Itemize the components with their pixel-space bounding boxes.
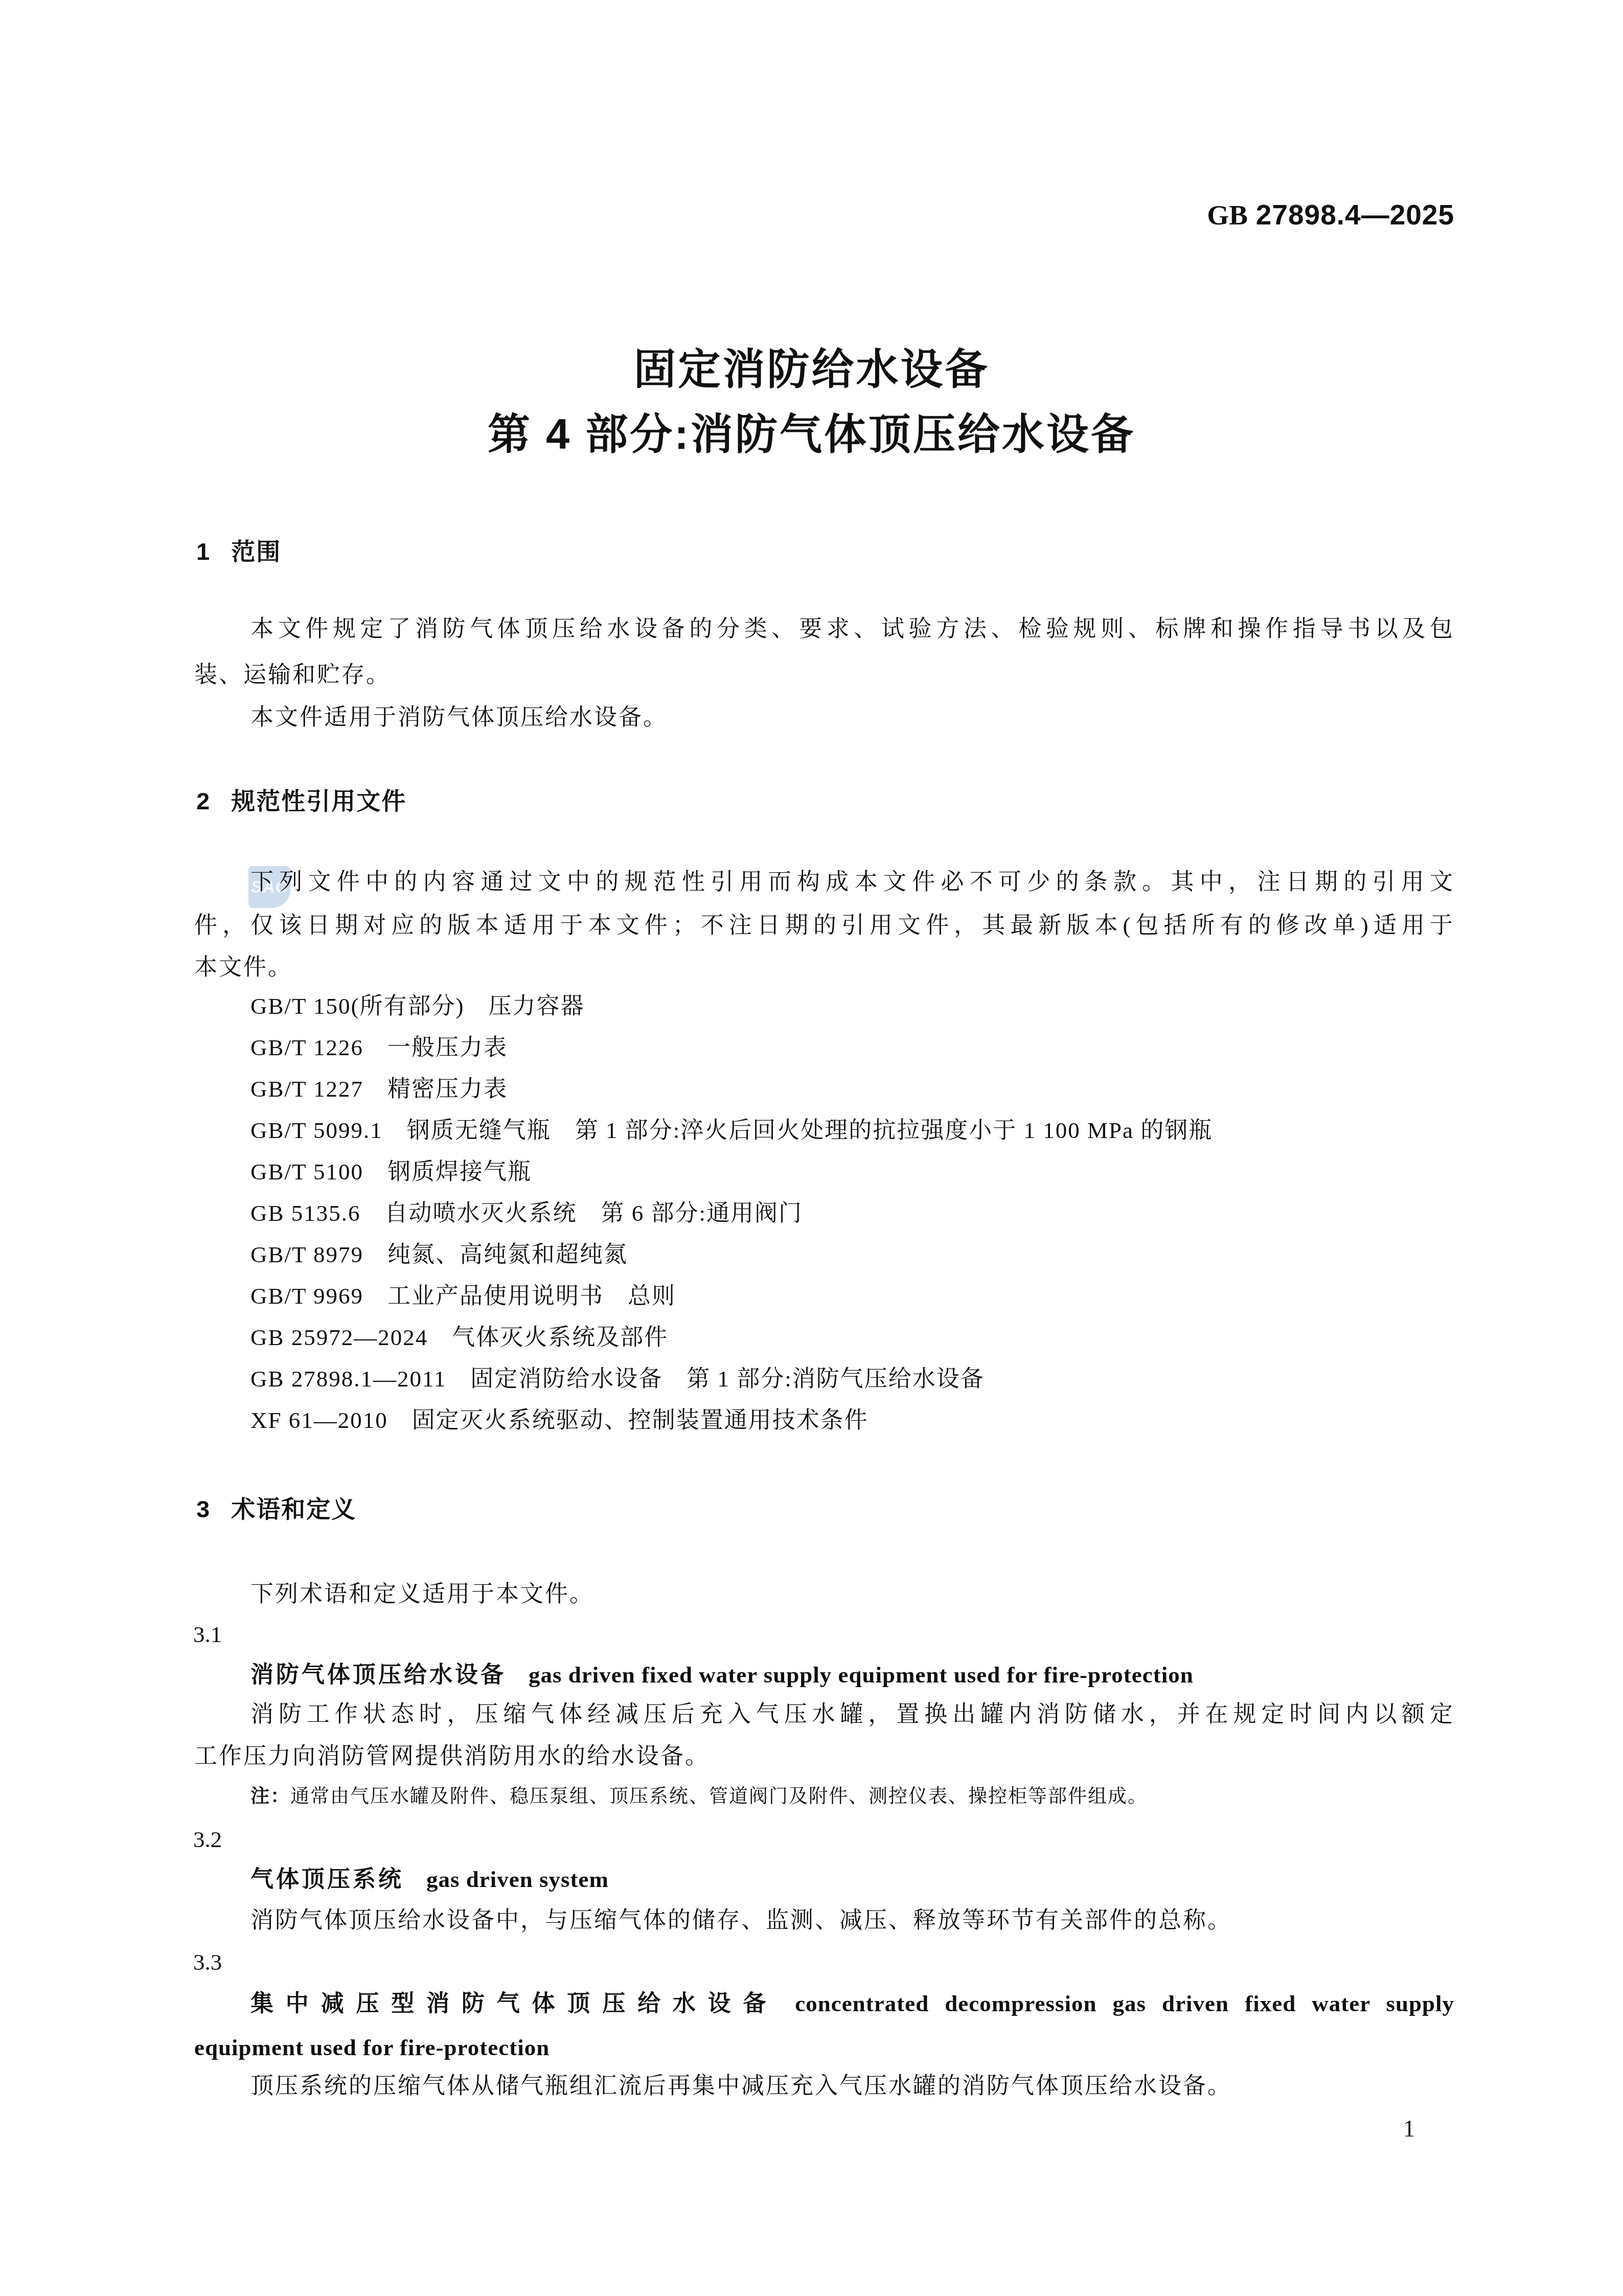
term-zh: 集中减压型消防气体顶压给水设备 bbox=[250, 1990, 778, 2016]
reference-item: GB/T 150(所有部分) 压力容器 bbox=[250, 993, 584, 1020]
section-title: 规范性引用文件 bbox=[231, 787, 406, 814]
paragraph-line: 下列术语和定义适用于本文件。 bbox=[250, 1581, 594, 1608]
term-en: concentrated decompression gas driven fi… bbox=[795, 1991, 1454, 2016]
term-en: gas driven fixed water supply equipment … bbox=[529, 1662, 1194, 1688]
page-number: 1 bbox=[1403, 2116, 1415, 2143]
section-title: 术语和定义 bbox=[231, 1495, 356, 1522]
paragraph-line: 本文件适用于消防气体顶压给水设备。 bbox=[250, 704, 668, 731]
term-en: gas driven system bbox=[426, 1867, 609, 1892]
reference-item: GB 27898.1—2011 固定消防给水设备 第 1 部分:消防气压给水设备 bbox=[250, 1366, 985, 1393]
term-line: 消防气体顶压给水设备gas driven fixed water supply … bbox=[250, 1662, 1194, 1689]
paragraph-line: 本文件规定了消防气体顶压给水设备的分类、要求、试验方法、检验规则、标牌和操作指导… bbox=[250, 616, 1454, 643]
standard-code: GB27898.4—2025 bbox=[1207, 198, 1454, 231]
section-heading-terms: 3术语和定义 bbox=[196, 1495, 356, 1523]
term-definition-line: 消防工作状态时，压缩气体经减压后充入气压水罐，置换出罐内消防储水，并在规定时间内… bbox=[250, 1701, 1454, 1728]
term-line: 气体顶压系统gas driven system bbox=[250, 1866, 609, 1893]
doc-title-line1: 固定消防给水设备 bbox=[0, 335, 1623, 396]
reference-item: GB/T 5100 钢质焊接气瓶 bbox=[250, 1159, 532, 1186]
term-number: 3.3 bbox=[193, 1949, 222, 1976]
standard-code-prefix: GB bbox=[1207, 199, 1247, 231]
term-line: equipment used for fire-protection bbox=[194, 2035, 550, 2061]
section-number: 3 bbox=[196, 1495, 210, 1522]
term-en-continuation: equipment used for fire-protection bbox=[194, 2035, 550, 2060]
section-heading-scope: 1范围 bbox=[196, 538, 281, 565]
term-definition-line: 顶压系统的压缩气体从储气瓶组汇流后再集中减压充入气压水罐的消防气体顶压给水设备。 bbox=[250, 2073, 1232, 2100]
section-title: 范围 bbox=[231, 538, 281, 565]
section-number: 2 bbox=[196, 787, 210, 814]
reference-item: GB/T 9969 工业产品使用说明书 总则 bbox=[250, 1283, 676, 1310]
term-number: 3.2 bbox=[193, 1827, 222, 1853]
term-definition-line: 消防气体顶压给水设备中，与压缩气体的储存、监测、减压、释放等环节有关部件的总称。 bbox=[250, 1907, 1232, 1934]
section-heading-normative-references: 2规范性引用文件 bbox=[196, 787, 406, 815]
reference-item: XF 61—2010 固定灭火系统驱动、控制装置通用技术条件 bbox=[250, 1407, 868, 1434]
document-page: GB27898.4—2025 固定消防给水设备 第 4 部分:消防气体顶压给水设… bbox=[0, 0, 1623, 2296]
term-number: 3.1 bbox=[193, 1622, 222, 1648]
doc-title-line2: 第 4 部分:消防气体顶压给水设备 bbox=[0, 400, 1623, 461]
paragraph-line: 装、运输和贮存。 bbox=[194, 662, 391, 689]
paragraph-line: 本文件。 bbox=[194, 954, 292, 981]
term-zh: 消防气体顶压给水设备 bbox=[250, 1662, 506, 1688]
standard-code-number: 27898.4—2025 bbox=[1256, 199, 1454, 231]
term-note: 注：通常由气压水罐及附件、稳压泵组、顶压系统、管道阀门及附件、测控仪表、操控柜等… bbox=[250, 1786, 1148, 1808]
reference-item: GB 5135.6 自动喷水灭火系统 第 6 部分:通用阀门 bbox=[250, 1200, 803, 1227]
term-zh: 气体顶压系统 bbox=[250, 1866, 404, 1892]
paragraph-line: 下列文件中的内容通过文中的规范性引用而构成本文件必不可少的条款。其中，注日期的引… bbox=[250, 869, 1454, 896]
reference-item: GB/T 1226 一般压力表 bbox=[250, 1035, 508, 1061]
paragraph-line: 件，仅该日期对应的版本适用于本文件；不注日期的引用文件，其最新版本(包括所有的修… bbox=[194, 913, 1454, 939]
reference-item: GB 25972—2024 气体灭火系统及部件 bbox=[250, 1325, 668, 1351]
note-label: 注： bbox=[250, 1786, 290, 1807]
term-line: 集中减压型消防气体顶压给水设备 concentrated decompressi… bbox=[250, 1990, 1454, 2017]
reference-item: GB/T 5099.1 钢质无缝气瓶 第 1 部分:淬火后回火处理的抗拉强度小于… bbox=[250, 1118, 1213, 1144]
term-definition-line: 工作压力向消防管网提供消防用水的给水设备。 bbox=[194, 1743, 710, 1770]
section-number: 1 bbox=[196, 538, 210, 565]
note-text: 通常由气压水罐及附件、稳压泵组、顶压系统、管道阀门及附件、测控仪表、操控柜等部件… bbox=[290, 1786, 1148, 1807]
reference-item: GB/T 8979 纯氮、高纯氮和超纯氮 bbox=[250, 1242, 628, 1268]
reference-item: GB/T 1227 精密压力表 bbox=[250, 1076, 508, 1103]
